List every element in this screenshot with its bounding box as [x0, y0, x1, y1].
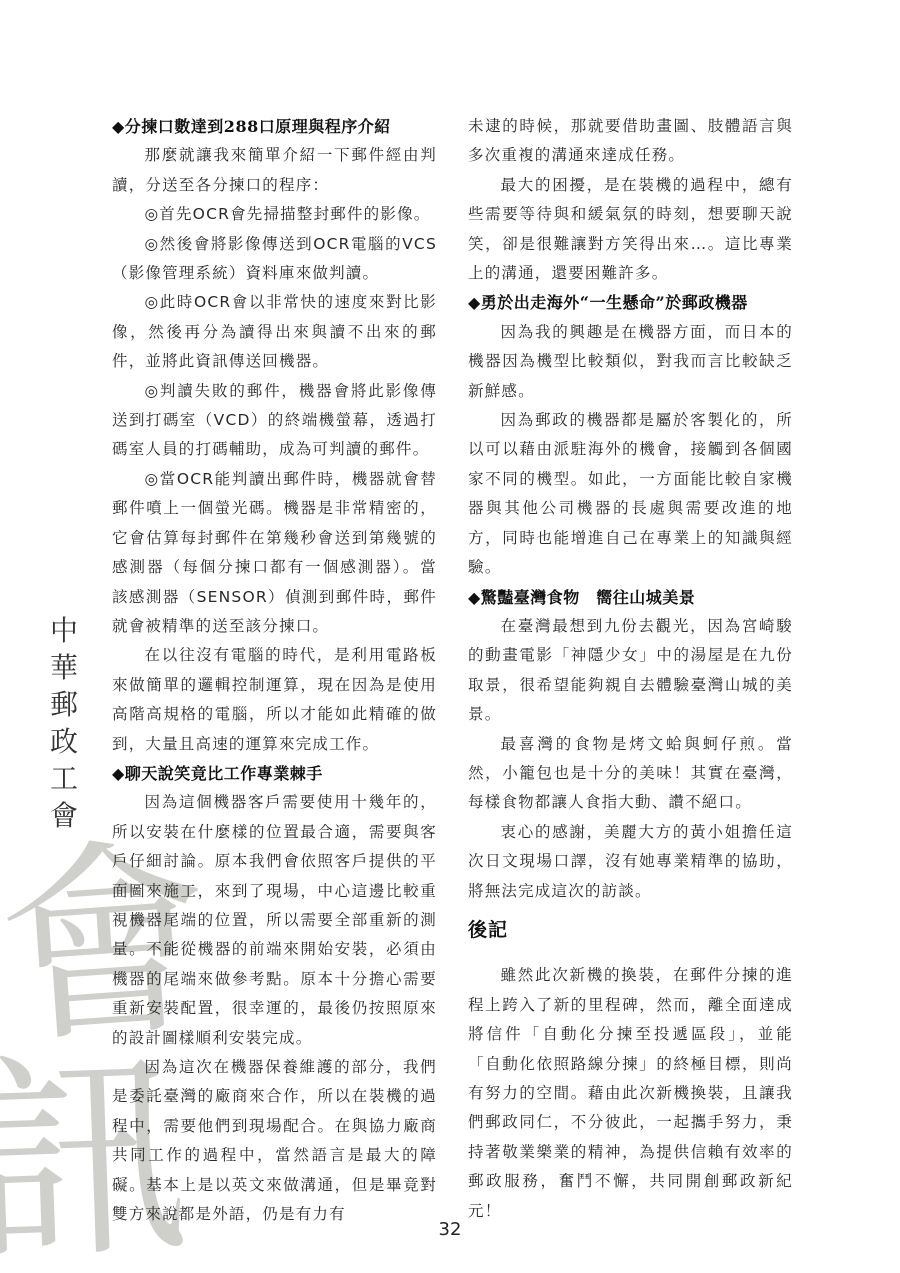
- vertical-title-char: 會: [44, 797, 84, 834]
- vertical-title-char: 工: [44, 760, 84, 797]
- right-column: 未逮的時候，那就要借助畫圖、肢體語言與多次重複的溝通來達成任務。 最大的困擾，是…: [468, 112, 793, 1226]
- section-heading-overseas: ◆勇於出走海外“一生懸命”於郵政機器: [468, 288, 793, 317]
- paragraph: 最喜灣的食物是烤文蛤與蚵仔煎。當然，小籠包也是十分的美味！其實在臺灣，每樣食物都…: [468, 730, 793, 818]
- paragraph: 雖然此次新機的換裝，在郵件分揀的進程上跨入了新的里程碑，然而，離全面達成將信件「…: [468, 961, 793, 1226]
- paragraph: ◎首先OCR會先掃描整封郵件的影像。: [112, 200, 437, 229]
- page-number: 32: [0, 1219, 900, 1240]
- paragraph: 衷心的感謝，美麗大方的黃小姐擔任這次日文現場口譯，沒有她專業精準的協助，將無法完…: [468, 818, 793, 906]
- paragraph: 因為這個機器客戶需要使用十幾年的，所以安裝在什麼樣的位置最合適，需要與客戶仔細討…: [112, 788, 437, 1053]
- afterword-heading: 後記: [468, 916, 793, 945]
- vertical-title-char: 華: [44, 649, 84, 686]
- section-heading-taiwan: ◆驚豔臺灣食物 嚮往山城美景: [468, 583, 793, 612]
- section-heading-chat: ◆聊天說笑竟比工作專業棘手: [112, 759, 437, 788]
- paragraph: 因為這次在機器保養維護的部分，我們是委託臺灣的廠商來合作，所以在裝機的過程中，需…: [112, 1053, 437, 1229]
- paragraph: 因為郵政的機器都是屬於客製化的，所以可以藉由派駐海外的機會，接觸到各個國家不同的…: [468, 406, 793, 582]
- union-name-vertical: 中 華 郵 政 工 會: [44, 612, 84, 834]
- section-heading-sorting: ◆分揀口數達到288口原理與程序介紹: [112, 112, 437, 141]
- paragraph: 那麼就讓我來簡單介紹一下郵件經由判讀，分送至各分揀口的程序：: [112, 141, 437, 200]
- paragraph: ◎判讀失敗的郵件，機器會將此影像傳送到打碼室（VCD）的終端機螢幕，透過打碼室人…: [112, 377, 437, 465]
- vertical-title-char: 郵: [44, 686, 84, 723]
- paragraph: ◎此時OCR會以非常快的速度來對比影像，然後再分為讀得出來與讀不出來的郵件，並將…: [112, 288, 437, 376]
- paragraph: 在臺灣最想到九份去觀光，因為宮崎駿的動畫電影「神隱少女」中的湯屋是在九份取景，很…: [468, 612, 793, 730]
- paragraph: 最大的困擾，是在裝機的過程中，總有些需要等待與和緩氣氛的時刻，想要聊天說笑，卻是…: [468, 171, 793, 289]
- paragraph: ◎然後會將影像傳送到OCR電腦的VCS（影像管理系統）資料庫來做判讀。: [112, 230, 437, 289]
- paragraph: ◎當OCR能判讀出郵件時，機器就會替郵件噴上一個螢光碼。機器是非常精密的，它會估…: [112, 465, 437, 641]
- paragraph: 在以往沒有電腦的時代，是利用電路板來做簡單的邏輯控制運算，現在因為是使用高階高規…: [112, 641, 437, 759]
- vertical-title-char: 中: [44, 612, 84, 649]
- paragraph-continued: 未逮的時候，那就要借助畫圖、肢體語言與多次重複的溝通來達成任務。: [468, 112, 793, 171]
- paragraph: 因為我的興趣是在機器方面，而日本的機器因為機型比較類似，對我而言比較缺乏新鮮感。: [468, 318, 793, 406]
- vertical-title-char: 政: [44, 723, 84, 760]
- left-column: ◆分揀口數達到288口原理與程序介紹 那麼就讓我來簡單介紹一下郵件經由判讀，分送…: [112, 112, 437, 1229]
